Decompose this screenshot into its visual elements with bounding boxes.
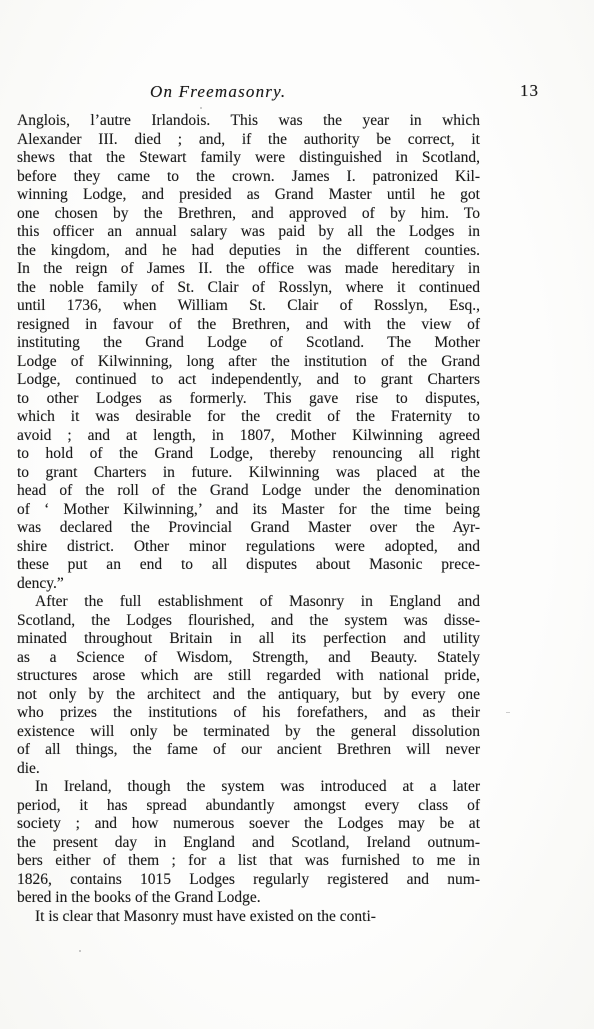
text-line: In Ireland, though the system was introd… xyxy=(17,778,480,797)
text-line: minated throughout Britain in all its pe… xyxy=(17,630,480,649)
text-line: this officer an annual salary was paid b… xyxy=(17,223,480,242)
text-line: which it was desirable for the credit of… xyxy=(17,408,480,427)
text-line: winning Lodge, and presided as Grand Mas… xyxy=(17,186,480,205)
paragraph-4: It is clear that Masonry must have exist… xyxy=(17,908,480,927)
text-line: bers either of them ; for a list that wa… xyxy=(17,852,480,871)
text-line: die. xyxy=(17,760,480,779)
text-line: head of the roll of the Grand Lodge unde… xyxy=(17,482,480,501)
text-line: bered in the books of the Grand Lodge. xyxy=(17,889,480,908)
text-line: period, it has spread abundantly amongst… xyxy=(17,797,480,816)
text-line: 1826, contains 1015 Lodges regularly reg… xyxy=(17,871,480,890)
text-line: as a Science of Wisdom, Strength, and Be… xyxy=(17,649,480,668)
text-line: shews that the Stewart family were disti… xyxy=(17,149,480,168)
paragraph-1: Anglois, l’autre Irlandois. This was the… xyxy=(17,112,480,593)
text-line: to grant Charters in future. Kilwinning … xyxy=(17,464,480,483)
paragraph-3: In Ireland, though the system was introd… xyxy=(17,778,480,908)
text-line: instituting the Grand Lodge of Scotland.… xyxy=(17,334,480,353)
text-line: to hold of the Grand Lodge, thereby reno… xyxy=(17,445,480,464)
text-line: avoid ; and at length, in 1807, Mother K… xyxy=(17,427,480,446)
text-line: who prizes the institutions of his foref… xyxy=(17,704,480,723)
text-line: of ‘ Mother Kilwinning,’ and its Master … xyxy=(17,501,480,520)
text-line: until 1736, when William St. Clair of Ro… xyxy=(17,297,480,316)
text-line: shire district. Other minor regulations … xyxy=(17,538,480,557)
text-line: the present day in England and Scotland,… xyxy=(17,834,480,853)
text-line: society ; and how numerous soever the Lo… xyxy=(17,815,480,834)
text-line: these put an end to all disputes about M… xyxy=(17,556,480,575)
text-line: resigned in favour of the Brethren, and … xyxy=(17,316,480,335)
text-line: the kingdom, and he had deputies in the … xyxy=(17,242,480,261)
scan-speck xyxy=(200,107,202,109)
text-line: one chosen by the Brethren, and approved… xyxy=(17,205,480,224)
paragraph-2: After the full establishment of Masonry … xyxy=(17,593,480,778)
text-line: was declared the Provincial Grand Master… xyxy=(17,519,480,538)
page-number: 13 xyxy=(520,82,539,100)
text-line: Anglois, l’autre Irlandois. This was the… xyxy=(17,112,480,131)
scan-speck xyxy=(506,712,510,713)
text-line: of all things, the fame of our ancient B… xyxy=(17,741,480,760)
text-line: Scotland, the Lodges flourished, and the… xyxy=(17,612,480,631)
text-line: In the reign of James II. the office was… xyxy=(17,260,480,279)
page-body: Anglois, l’autre Irlandois. This was the… xyxy=(17,112,480,926)
text-line: to other Lodges as formerly. This gave r… xyxy=(17,390,480,409)
text-line: Lodge of Kilwinning, long after the inst… xyxy=(17,353,480,372)
text-line: not only by the architect and the antiqu… xyxy=(17,686,480,705)
text-line: dency.” xyxy=(17,575,480,594)
text-line: Lodge, continued to act independently, a… xyxy=(17,371,480,390)
text-line: the noble family of St. Clair of Rosslyn… xyxy=(17,279,480,298)
text-line: before they came to the crown. James I. … xyxy=(17,168,480,187)
text-line: structures arose which are still regarde… xyxy=(17,667,480,686)
text-line: existence will only be terminated by the… xyxy=(17,723,480,742)
book-page: On Freemasonry. 13 Anglois, l’autre Irla… xyxy=(0,0,594,1029)
page-header-title: On Freemasonry. xyxy=(150,83,286,101)
text-line: After the full establishment of Masonry … xyxy=(17,593,480,612)
scan-speck xyxy=(79,950,81,952)
text-line: It is clear that Masonry must have exist… xyxy=(17,908,480,927)
text-line: Alexander III. died ; and, if the author… xyxy=(17,131,480,150)
